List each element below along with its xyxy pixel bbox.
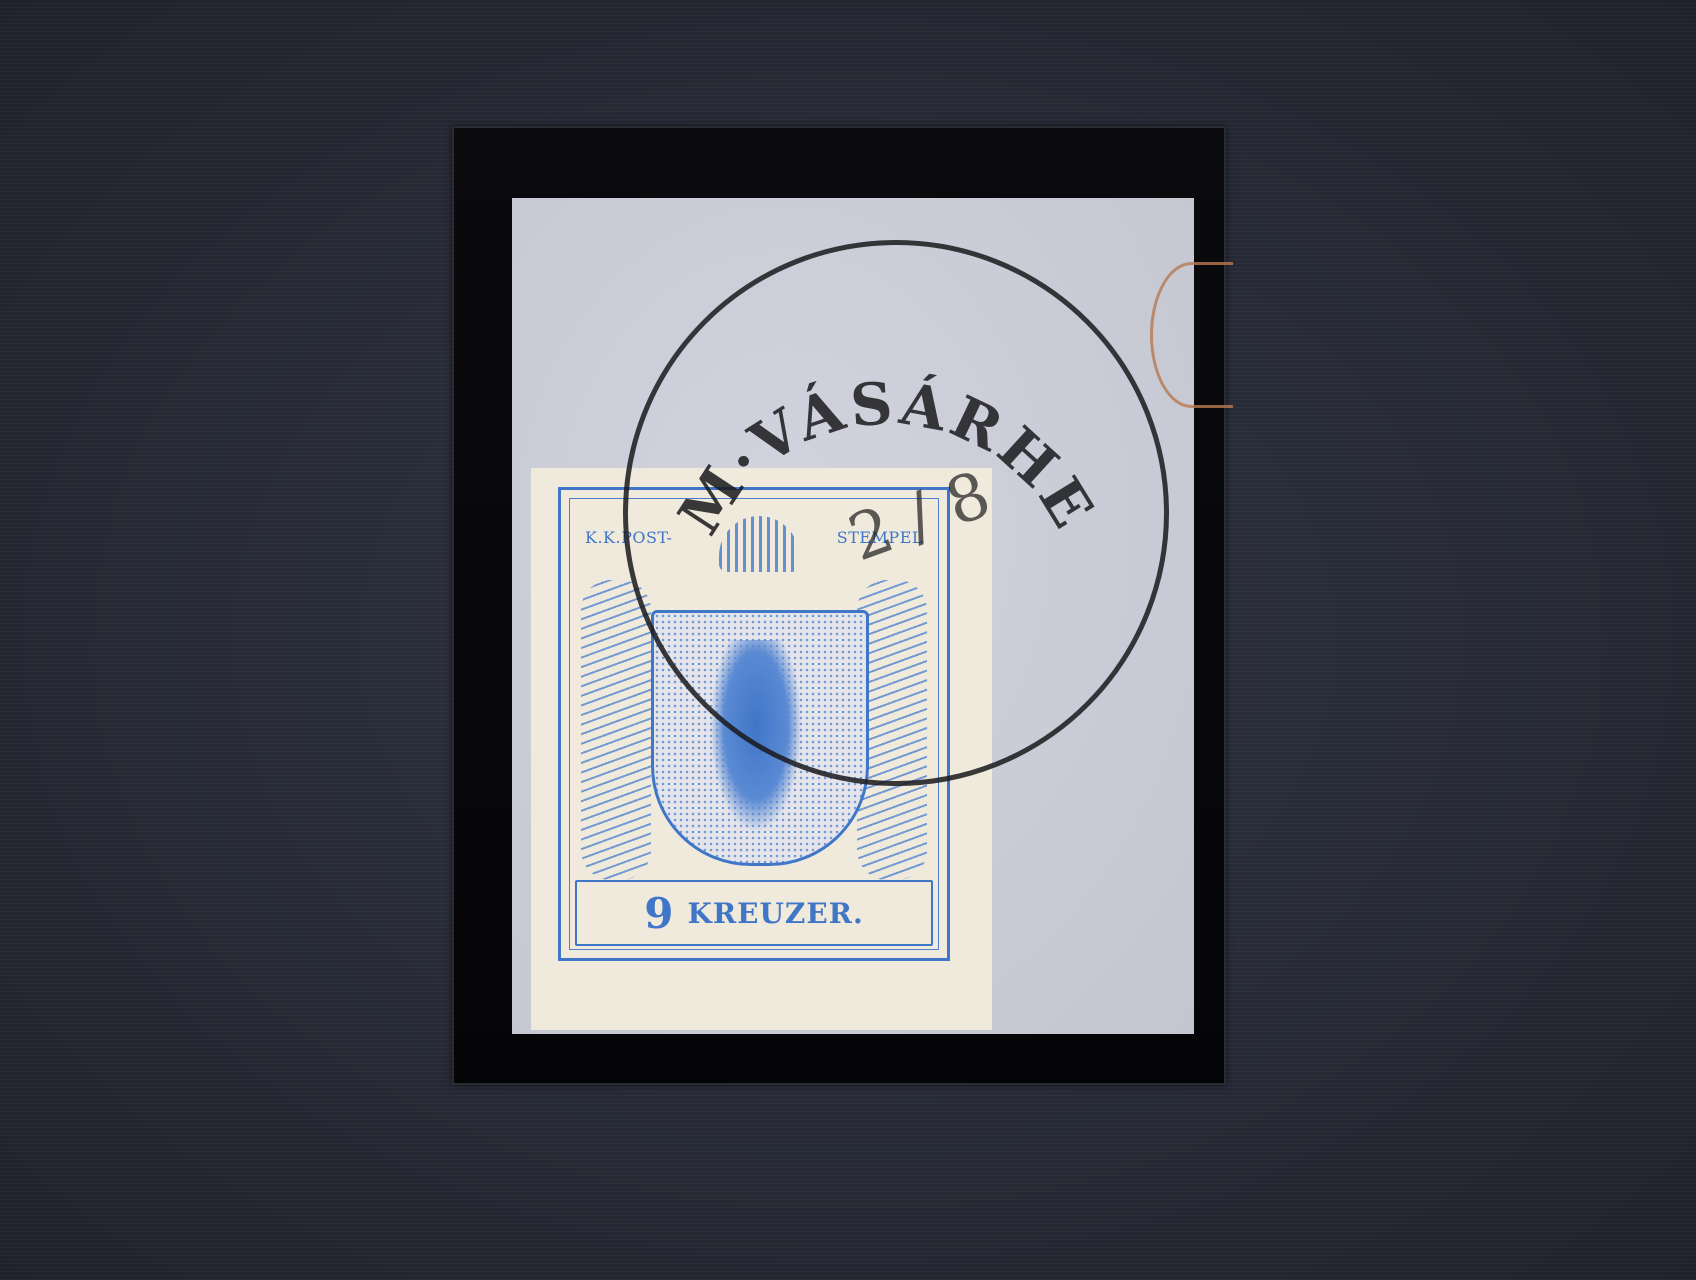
stamp-value: 9 [644, 889, 673, 938]
value-tablet: 9 KREUZER. [575, 880, 933, 946]
postmark: M·VÁSÁRHELY 2 / 8 [623, 240, 1169, 786]
stamp-currency: KREUZER. [688, 897, 864, 930]
